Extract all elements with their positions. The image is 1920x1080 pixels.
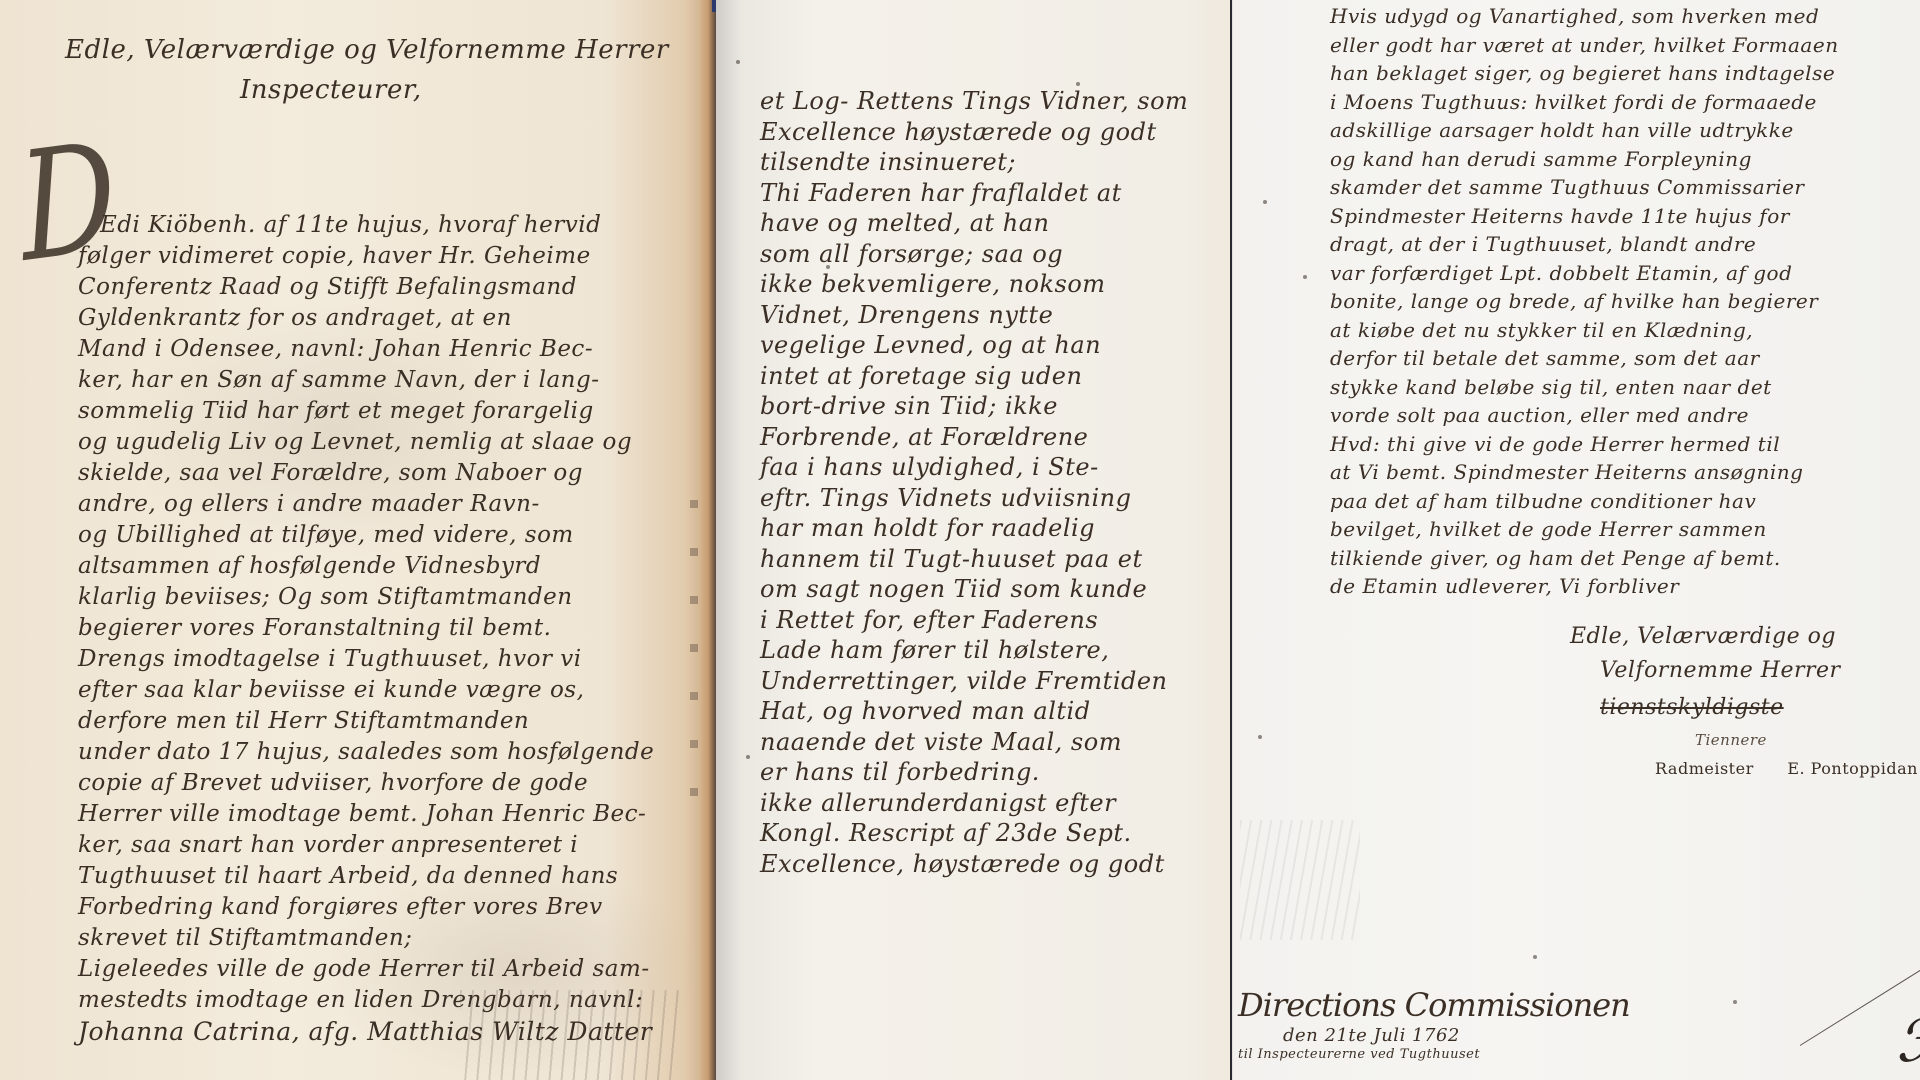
ink-speck [1303, 275, 1307, 279]
text-line: Conferentz Raad og Stifft Befalingsmand [78, 272, 698, 303]
text-line: hannem til Tugt-huuset paa et [760, 544, 1230, 575]
text-line: ikke allerunderdanigst efter [760, 788, 1230, 819]
ink-bleed-through [460, 990, 680, 1080]
text-line: han beklaget siger, og begieret hans ind… [1330, 59, 1920, 88]
text-line: bort-drive sin Tiid; ikke [760, 391, 1230, 422]
text-line: følger vidimeret copie, haver Hr. Geheim… [78, 241, 698, 272]
text-line: Excellence høystærede og godt [760, 117, 1230, 148]
ink-speck [1263, 200, 1267, 204]
text-line: Underrettinger, vilde Fremtiden [760, 666, 1230, 697]
text-line: begierer vores Foranstaltning til bemt. [78, 613, 698, 644]
text-line: copie af Brevet udviiser, hvorfore de go… [78, 768, 698, 799]
text-line: have og melted, at han [760, 208, 1230, 239]
text-line: Mand i Odensee, navnl: Johan Henric Bec- [78, 334, 698, 365]
text-line: bevilget, hvilket de gode Herrer sammen [1330, 515, 1920, 544]
text-line: vorde solt paa auction, eller med andre [1330, 401, 1920, 430]
text-line: i Rettet for, efter Faderens [760, 605, 1230, 636]
text-line: et Log- Rettens Tings Vidner, som [760, 86, 1230, 117]
text-line: derfore men til Herr Stiftamtmanden [78, 706, 698, 737]
ink-bleed-through [1240, 820, 1360, 940]
text-line: eftr. Tings Vidnets udviisning [760, 483, 1230, 514]
text-line: Excellence, høystærede og godt [760, 849, 1230, 880]
text-line: ker, saa snart han vorder anpresenteret … [78, 830, 698, 861]
signature: E. Pontoppidan [1787, 759, 1918, 778]
text-line: altsammen af hosfølgende Vidnesbyrd [78, 551, 698, 582]
text-line: skrevet til Stiftamtmanden; [78, 923, 698, 954]
text-line: i Moens Tugthuus: hvilket fordi de forma… [1330, 88, 1920, 117]
text-line: har man holdt for raadelig [760, 513, 1230, 544]
ink-speck [1258, 735, 1262, 739]
closing-salutation-2: Velfornemme Herrer [1600, 654, 1920, 688]
signature-block: Radmeister E. Pontoppidan [1655, 752, 1920, 786]
ink-speck [1533, 955, 1537, 959]
docket-note: Directions Commissionen den 21te Juli 17… [1238, 985, 1538, 1063]
text-line: Kongl. Rescript af 23de Sept. [760, 818, 1230, 849]
text-line: dragt, at der i Tugthuuset, blandt andre [1330, 230, 1920, 259]
text-line: som all forsørge; saa og [760, 239, 1230, 270]
letter-heading: Edle, Velærværdige og Velfornemme Herrer… [60, 30, 700, 110]
text-line: intet at foretage sig uden [760, 361, 1230, 392]
text-line: Hvd: thi give vi de gode Herrer hermed t… [1330, 430, 1920, 459]
text-line: Herrer ville imodtage bemt. Johan Henric… [78, 799, 698, 830]
text-line: derfor til betale det samme, som det aar [1330, 344, 1920, 373]
text-line: om sagt nogen Tiid som kunde [760, 574, 1230, 605]
text-line: ker, har en Søn af samme Navn, der i lan… [78, 365, 698, 396]
text-line: Hvis udygd og Vanartighed, som hverken m… [1330, 2, 1920, 31]
text-line: skamder det samme Tugthuus Commissarier [1330, 173, 1920, 202]
docket-recipients: til Inspecteurerne ved Tugthuuset [1238, 1047, 1538, 1063]
heading-salutation: Edle, Velærværdige og Velfornemme Herrer [65, 30, 700, 70]
signature: Radmeister [1655, 759, 1754, 778]
text-line: Forbedring kand forgiøres efter vores Br… [78, 892, 698, 923]
right-page-text: Hvis udygd og Vanartighed, som hverken m… [1330, 2, 1920, 601]
text-line: Hat, og hvorved man altid [760, 696, 1230, 727]
text-line: Ligeleedes ville de gode Herrer til Arbe… [78, 954, 698, 985]
closing-service-note: Tiennere [1695, 728, 1920, 752]
text-line: under dato 17 hujus, saaledes som hosføl… [78, 737, 698, 768]
left-page-text: Edi Kiöbenh. af 11te hujus, hvoraf hervi… [78, 210, 698, 1047]
text-line: Gyldenkrantz for os andraget, at en [78, 303, 698, 334]
text-line: var forfærdiget Lpt. dobbelt Etamin, af … [1330, 259, 1920, 288]
text-line: og ugudelig Liv og Levnet, nemlig at sla… [78, 427, 698, 458]
text-line: efter saa klar beviisse ei kunde vægre o… [78, 675, 698, 706]
text-line: Drengs imodtagelse i Tugthuuset, hvor vi [78, 644, 698, 675]
text-line: de Etamin udleverer, Vi forbliver [1330, 572, 1920, 601]
text-line: Tugthuuset til haart Arbeid, da denned h… [78, 861, 698, 892]
text-line: og kand han derudi samme Forpleyning [1330, 145, 1920, 174]
text-line: faa i hans ulydighed, i Ste- [760, 452, 1230, 483]
text-line: eller godt har været at under, hvilket F… [1330, 31, 1920, 60]
text-line: Spindmester Heiterns havde 11te hujus fo… [1330, 202, 1920, 231]
text-line: og Ubillighed at tilføye, med videre, so… [78, 520, 698, 551]
text-line: Forbrende, at Forældrene [760, 422, 1230, 453]
text-line: at kiøbe det nu stykker til en Klædning, [1330, 316, 1920, 345]
heading-addressee: Inspecteurer, [240, 70, 700, 110]
ink-speck [736, 60, 740, 64]
text-line: tilkiende giver, og ham det Penge af bem… [1330, 544, 1920, 573]
text-line: paa det af ham tilbudne conditioner hav [1330, 487, 1920, 516]
text-line: naaende det viste Maal, som [760, 727, 1230, 758]
text-line: Thi Faderen har fraflaldet at [760, 178, 1230, 209]
docket-title: Directions Commissionen [1238, 985, 1538, 1025]
text-line: tilsendte insinueret; [760, 147, 1230, 178]
text-line: er hans til forbedring. [760, 757, 1230, 788]
text-line: adskillige aarsager holdt han ville udtr… [1330, 116, 1920, 145]
text-line: andre, og ellers i andre maader Ravn- [78, 489, 698, 520]
ink-speck [1733, 1000, 1737, 1004]
text-line: skielde, saa vel Forældre, som Naboer og [78, 458, 698, 489]
text-line: Edi Kiöbenh. af 11te hujus, hvoraf hervi… [78, 210, 698, 241]
docket-date: den 21te Juli 1762 [1283, 1025, 1538, 1047]
text-line: sommelig Tiid har ført et meget forargel… [78, 396, 698, 427]
margin-marks [690, 500, 698, 800]
text-line: ikke bekvemligere, noksom [760, 269, 1230, 300]
letter-closing: Edle, Velærværdige og Velfornemme Herrer… [1570, 620, 1920, 786]
middle-page-text: et Log- Rettens Tings Vidner, som Excell… [760, 86, 1230, 879]
text-line: Lade ham fører til hølstere, [760, 635, 1230, 666]
text-line: stykke kand beløbe sig til, enten naar d… [1330, 373, 1920, 402]
closing-salutation: Edle, Velærværdige og [1570, 620, 1920, 654]
text-line: at Vi bemt. Spindmester Heiterns ansøgni… [1330, 458, 1920, 487]
text-line: bonite, lange og brede, af hvilke han be… [1330, 287, 1920, 316]
corner-flourish: ℱ [1896, 1006, 1920, 1076]
ink-speck [746, 755, 750, 759]
text-line: vegelige Levned, og at han [760, 330, 1230, 361]
text-line: Vidnet, Drengens nytte [760, 300, 1230, 331]
closing-service-phrase: tienstskyldigste [1600, 688, 1920, 728]
text-line: klarlig beviises; Og som Stiftamtmanden [78, 582, 698, 613]
